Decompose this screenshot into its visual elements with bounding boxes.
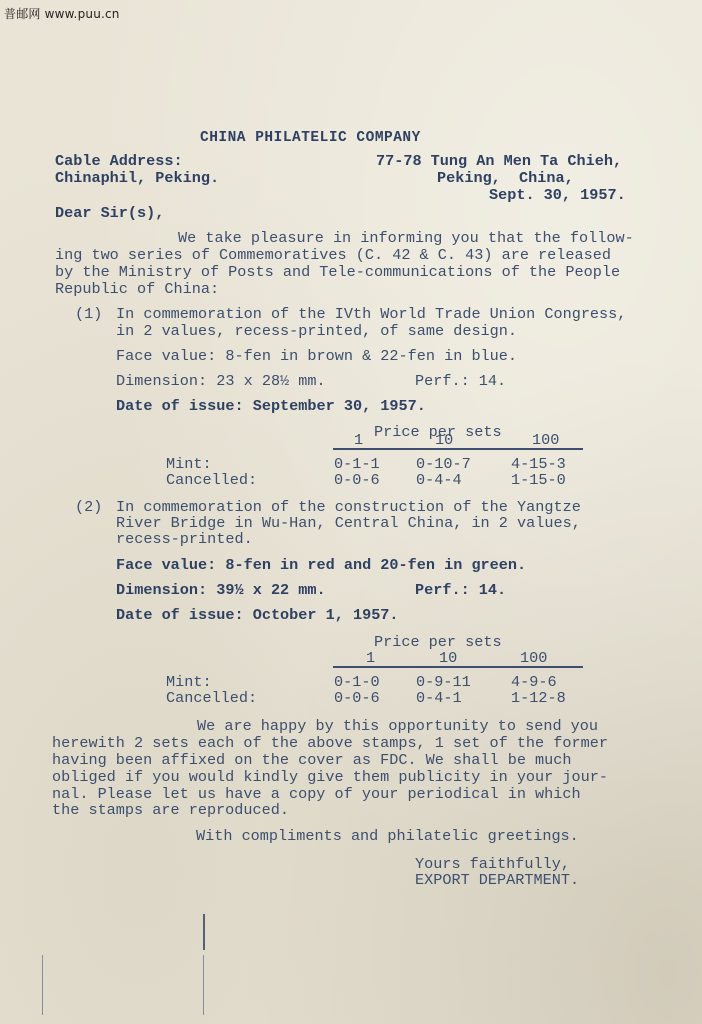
series-1-number: (1) — [75, 306, 102, 322]
series-2-cell: 4-9-6 — [511, 674, 557, 690]
series-2-col-10: 10 — [439, 650, 457, 666]
series-1-col-1: 1 — [354, 432, 363, 448]
series-2-row-label: Cancelled: — [166, 690, 257, 706]
series-1-issue-date: Date of issue: September 30, 1957. — [116, 398, 426, 414]
series-2-cell: 1-12-8 — [511, 690, 566, 706]
ink-mark — [203, 914, 205, 950]
address-line2: Peking, China, — [437, 170, 574, 186]
series-1-col-100: 100 — [532, 432, 559, 448]
closing-line: nal. Please let us have a copy of your p… — [52, 786, 581, 802]
series-2-number: (2) — [75, 499, 102, 515]
closing-line: the stamps are reproduced. — [52, 802, 289, 818]
signoff: Yours faithfully, — [415, 856, 570, 872]
series-1-cell: 1-15-0 — [511, 472, 566, 488]
series-1-cell: 0-1-1 — [334, 456, 380, 472]
series-1-cell: 0-0-6 — [334, 472, 380, 488]
watermark: 普邮网 www.puu.cn — [4, 5, 120, 22]
series-2-perf: Perf.: 14. — [415, 582, 506, 598]
cable-address-value: Chinaphil, Peking. — [55, 170, 219, 186]
ink-mark — [203, 955, 204, 1015]
series-2-cell: 0-4-1 — [416, 690, 462, 706]
closing-line: We are happy by this opportunity to send… — [197, 718, 598, 734]
series-1-row-label: Mint: — [166, 456, 212, 472]
series-2-cell: 0-0-6 — [334, 690, 380, 706]
series-2-price-rule — [333, 666, 583, 668]
series-2-price-header: Price per sets — [374, 634, 502, 650]
series-1-cell: 4-15-3 — [511, 456, 566, 472]
department: EXPORT DEPARTMENT. — [415, 872, 579, 888]
series-1-col-10: 10 — [435, 432, 453, 448]
series-1-price-rule — [333, 448, 583, 450]
closing-line: obliged if you would kindly give them pu… — [52, 769, 608, 785]
series-1-cell: 0-4-4 — [416, 472, 462, 488]
series-2-dimension: Dimension: 39½ x 22 mm. — [116, 582, 326, 598]
series-2-row-label: Mint: — [166, 674, 212, 690]
series-1-description: In commemoration of the IVth World Trade… — [116, 306, 626, 322]
ink-mark — [42, 955, 43, 1015]
series-2-description: In commemoration of the construction of … — [116, 499, 581, 515]
series-2-cell: 0-1-0 — [334, 674, 380, 690]
intro-line: Republic of China: — [55, 281, 219, 297]
cable-address-label: Cable Address: — [55, 153, 183, 169]
intro-line: by the Ministry of Posts and Tele-commun… — [55, 264, 620, 280]
series-1-dimension: Dimension: 23 x 28½ mm. — [116, 373, 326, 389]
series-1-face-value: Face value: 8-fen in brown & 22-fen in b… — [116, 348, 517, 364]
intro-line: ing two series of Commemoratives (C. 42 … — [55, 247, 611, 263]
company-heading: CHINA PHILATELIC COMPANY — [200, 130, 421, 146]
series-2-issue-date: Date of issue: October 1, 1957. — [116, 607, 399, 623]
series-1-description: in 2 values, recess-printed, of same des… — [116, 323, 517, 339]
intro-line: We take pleasure in informing you that t… — [178, 230, 634, 246]
greeting: With compliments and philatelic greeting… — [196, 828, 579, 844]
salutation: Dear Sir(s), — [55, 205, 164, 221]
closing-line: having been affixed on the cover as FDC.… — [52, 752, 572, 768]
series-1-row-label: Cancelled: — [166, 472, 257, 488]
address-line1: 77-78 Tung An Men Ta Chieh, — [376, 153, 622, 169]
series-2-col-100: 100 — [520, 650, 547, 666]
closing-line: herewith 2 sets each of the above stamps… — [52, 735, 608, 751]
series-2-face-value: Face value: 8-fen in red and 20-fen in g… — [116, 557, 526, 573]
series-2-cell: 0-9-11 — [416, 674, 471, 690]
series-2-col-1: 1 — [366, 650, 375, 666]
series-2-description: recess-printed. — [116, 531, 253, 547]
letter-date: Sept. 30, 1957. — [489, 187, 626, 203]
series-1-cell: 0-10-7 — [416, 456, 471, 472]
series-1-perf: Perf.: 14. — [415, 373, 506, 389]
series-2-description: River Bridge in Wu-Han, Central China, i… — [116, 515, 581, 531]
